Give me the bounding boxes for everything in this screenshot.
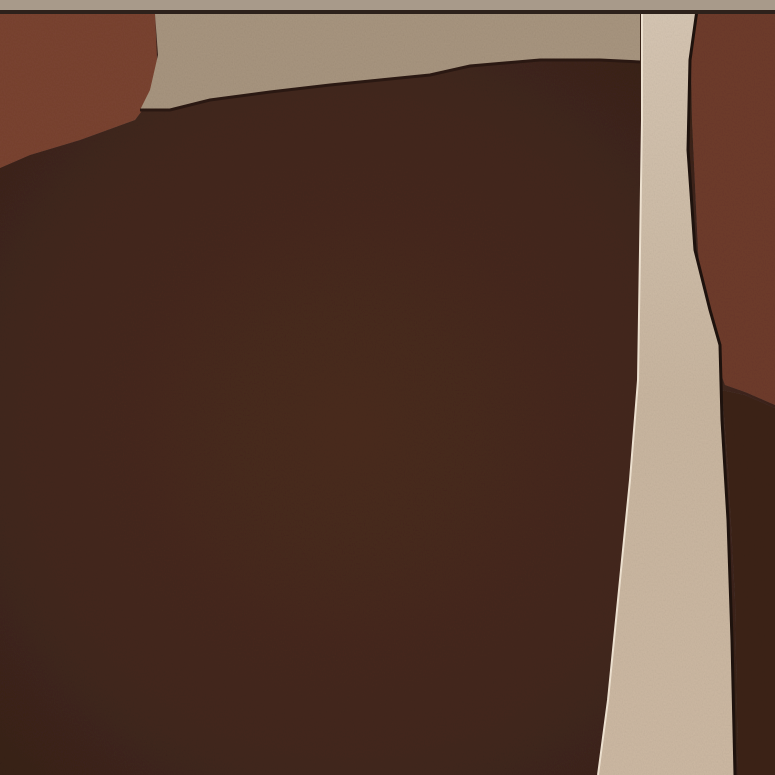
frame-top [0, 0, 775, 10]
frame-shadow [0, 10, 775, 14]
textile-artwork [0, 0, 775, 775]
artwork-svg [0, 0, 775, 775]
